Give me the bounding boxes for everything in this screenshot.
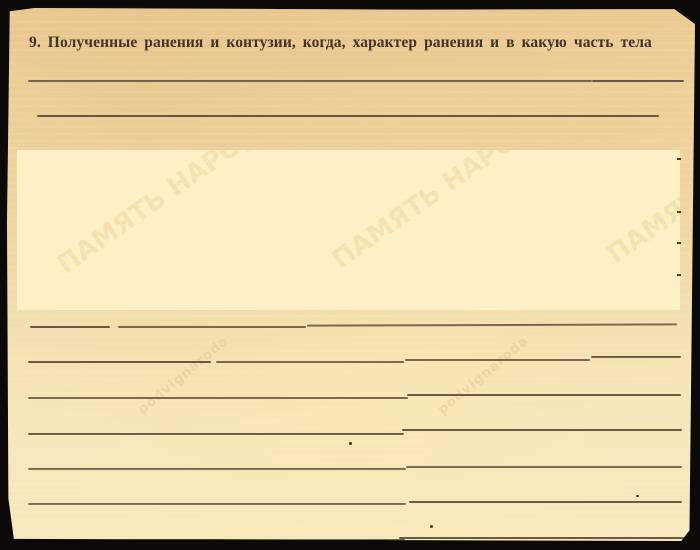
redacted-area: ПАМЯТЬ НАРОДА ПАМЯТЬ НАРОДА ПАМЯТЬ НАРОД…	[17, 150, 680, 310]
watermark: podvignaroda	[135, 333, 231, 417]
paper-sheet: 9. Полученные ранения и контузии, когда,…	[7, 8, 695, 541]
scanned-document: 9. Полученные ранения и контузии, когда,…	[0, 0, 700, 550]
watermark: ПАМЯТЬ НАРОДА	[603, 150, 680, 268]
ink-speck	[636, 495, 639, 497]
ink-speck	[430, 525, 433, 528]
ink-speck	[349, 442, 352, 445]
watermark: podvignaroda	[435, 333, 531, 417]
rule-tick	[677, 211, 681, 213]
rule-tick	[677, 158, 681, 160]
rule-tick	[677, 274, 681, 276]
question-heading: 9. Полученные ранения и контузии, когда,…	[29, 34, 689, 52]
watermark: ПАМЯТЬ НАРОДА	[328, 150, 556, 273]
rule-tick	[677, 242, 681, 244]
watermark: ПАМЯТЬ НАРОДА	[53, 150, 281, 278]
